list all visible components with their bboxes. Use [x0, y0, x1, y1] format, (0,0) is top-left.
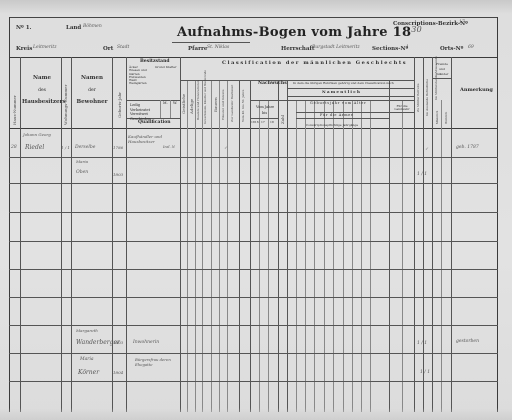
row10-geburtsjahr: 1803 [113, 341, 123, 345]
row10-anmerkung: gestorben [456, 340, 479, 345]
col-nachwuchs: Nachwuchs [258, 82, 287, 87]
col-line [195, 80, 196, 412]
row-line [9, 297, 498, 298]
herrschaft-value: Burgstadt Leitmeritz [312, 46, 360, 51]
conscription-value: 17 [459, 21, 465, 26]
stand-line [160, 100, 161, 118]
row-line [9, 157, 498, 158]
classification-title: Classification der männlichen Geschlecht… [222, 61, 407, 66]
header-bottom-line [9, 128, 498, 129]
col-line [211, 80, 212, 412]
sections-value: 1 [406, 46, 409, 51]
col-line [287, 80, 288, 412]
col-namentlich: Namentlich [322, 90, 361, 94]
ort-value: Stadt [117, 46, 129, 51]
vh-bauern: Bauern [213, 97, 218, 112]
col-line [314, 100, 315, 412]
header-hline [250, 118, 278, 119]
row1-besitzer-vorname: Johann Georg [23, 133, 51, 137]
vh-maennlich: Männlich [435, 111, 439, 124]
table-top-line [9, 57, 498, 58]
year-1816: 1816 [251, 121, 259, 124]
vh-beamte: Beamte und Honoratioren [196, 80, 200, 120]
col-line [126, 57, 127, 412]
col-line [389, 80, 390, 412]
land-label: Land [66, 26, 81, 32]
row-line [9, 183, 498, 184]
col-fremde: Fremde und Inländer [434, 62, 450, 77]
row1-mark: ✓ [425, 147, 428, 151]
vh-haeusler: Häusler und Inleute [221, 89, 225, 120]
row11-bewohner-vorname: Maria [80, 358, 94, 363]
pfarre-label: Pfarre [188, 47, 207, 53]
col-geburtsjahr-vom: Geburtsjahr vom Alter [310, 102, 367, 106]
col-line [402, 100, 403, 412]
col-conskriptionspflichtige: Conskriptionspflichtige Jahrgänge [306, 124, 358, 127]
col-line [432, 57, 433, 412]
col-name-1: Name [28, 76, 56, 82]
stand-rows: Ledig Verheiratet Verwitwet Geschieden [130, 103, 151, 121]
col-line [268, 100, 269, 412]
col-line [20, 57, 21, 412]
orts-value: 69 [468, 46, 474, 51]
vh-gewerbsleute: Gewerbsleute, Künstler und Studierende [204, 70, 207, 124]
col-line [370, 100, 371, 412]
vh-adelige: Adelige [189, 99, 194, 114]
pfarre-value: St. Niklas [207, 46, 229, 51]
row11-bewohner: Körner [78, 370, 99, 376]
ort-label: Ort [103, 47, 113, 53]
col-line [239, 80, 240, 412]
vh-geistliche: Geistliche [181, 94, 186, 114]
row-line [9, 325, 498, 326]
vh-zahl: Zahl [280, 115, 285, 124]
row11-marks: 1 / 1 [420, 371, 430, 376]
col-line [305, 100, 306, 412]
vh-weiblich: Weiblich [444, 112, 448, 124]
row1-check: ✓ [224, 146, 227, 150]
col-line [414, 57, 415, 412]
row1-besitzer-name: Riedel [25, 145, 44, 151]
kreis-value: Leitmeritz [33, 46, 57, 51]
vh-landwehr: Zur Landwehr Bestimmt [230, 85, 234, 122]
col-wohnungs-nummer: Wohnungs-Nummer [63, 85, 68, 125]
besitzstand-rows: Äcker Wiesen und Gärten Hutweiden Wald W… [129, 66, 151, 86]
besitzstand-sub-klafter: Klafter [166, 66, 177, 69]
col-line [333, 100, 334, 412]
col-line [227, 80, 228, 412]
col-name-2: des [28, 89, 56, 94]
vh-40-50: Vom 40. bis 50. Jahre [241, 90, 245, 122]
row1-qualification: Kaufhändler und Hausbesitzer [128, 134, 178, 144]
row2-bewohner: Oben [76, 171, 88, 176]
row2-geburtsjahr: 1803 [113, 173, 123, 177]
col-line [361, 100, 362, 412]
row10-bewohner-vorname: Margareth [76, 329, 98, 333]
col-line [112, 57, 113, 412]
col-name-3: Hausbesitzers [22, 100, 60, 106]
col-line [250, 80, 251, 412]
row10-qualification: Inwohnerin [133, 341, 159, 346]
stand-line [170, 100, 171, 118]
col-fuer-landwehr: Für die Landwehr [392, 105, 412, 111]
col-line [451, 57, 452, 412]
sections-label: Sections-Nº [372, 47, 408, 53]
col-qualification: Qualification [138, 121, 171, 126]
form-number: Nº 1. [16, 26, 31, 32]
title-text: Aufnahms-Bogen vom Jahre 18 [177, 25, 411, 40]
col-namen-2: der [73, 89, 111, 94]
stand-sub-w: W. [173, 102, 177, 106]
stand-row: Verwitwet [130, 112, 151, 117]
row-line [9, 353, 498, 354]
header-hline [296, 112, 414, 113]
col-anmerkung: Anmerkung [460, 88, 493, 93]
title-underline [172, 42, 250, 43]
col-line [71, 57, 72, 412]
col-line [187, 80, 188, 412]
year-18: 18 [270, 121, 274, 124]
col-namen-3: Bewohner [73, 100, 111, 106]
year-17: 17 [261, 121, 265, 124]
row1-geburtsjahr: 1786 [113, 146, 123, 150]
row1-qualification-tail: Insl. N [163, 146, 175, 150]
vh-befreite: Zu Militär Befreite [416, 83, 420, 112]
row-line [9, 241, 498, 242]
header-hline [296, 118, 389, 119]
col-line [219, 80, 220, 412]
col-line [278, 80, 279, 412]
row10-marks: 1 / 1 [417, 342, 427, 347]
row2-bewohner-vorname: Maria [76, 160, 88, 164]
col-haus-nummer: Haus-Nummer [12, 95, 17, 125]
col-vom-jahre: Vom Jahre [256, 106, 274, 110]
col-line [352, 100, 353, 412]
row-line [9, 381, 498, 382]
stand-sub-m: M. [163, 102, 168, 106]
col-fuer-armee: Für die Armee [320, 114, 353, 118]
header-hline [287, 96, 414, 97]
frame-top [9, 17, 498, 18]
row1-bewohner: Derselbe [75, 146, 95, 151]
col-line [324, 100, 325, 412]
row11-qualification: Bürgersfrau deren Ehegatte [135, 357, 175, 367]
row1-haus-nr: 28 [11, 146, 17, 151]
row-line [9, 269, 498, 270]
form-title: Aufnahms-Bogen vom Jahre 1830 [177, 26, 422, 39]
note-line: In dem die übrigen Rubriken gehörig und … [293, 82, 394, 85]
herrschaft-label: Herrschaft [281, 47, 314, 53]
land-value: Böhmen [83, 25, 102, 30]
header-hline [126, 100, 180, 101]
orts-label: Orts-Nº [440, 47, 463, 53]
col-namen-1: Namen [73, 76, 111, 82]
col-geburts-jahr: Geburts-Jahr [117, 92, 122, 118]
row2-marks: 1 / 1 [417, 173, 427, 178]
vh-ausland: Im Auslande Befindliche [425, 79, 429, 116]
fremde-3: Inländer [434, 72, 450, 77]
census-sheet: Nº 1. Land Böhmen Aufnahms-Bogen vom Jah… [0, 0, 512, 420]
besitzstand-title: Besitzstand [140, 60, 170, 65]
col-line [61, 57, 62, 412]
row1-anmerkung: geb. 1787 [456, 146, 479, 151]
kreis-label: Kreis [16, 47, 32, 53]
col-line [202, 80, 203, 412]
besitzstand-row: Weingärten [129, 82, 151, 85]
col-line [441, 100, 442, 412]
conscription-label: Conscriptions-Bezirk-Nº [393, 22, 468, 28]
col-line [259, 100, 260, 412]
row11-geburtsjahr: 1804 [113, 371, 123, 375]
row1-wohnung: 1 / 1 [61, 146, 70, 150]
row-line [9, 212, 498, 213]
col-line [343, 100, 344, 412]
col-line [296, 100, 297, 412]
col-bis: bis [262, 112, 267, 116]
besitzstand-sub-joch: Grund [155, 66, 165, 69]
col-line [423, 57, 424, 412]
page-edge [0, 408, 512, 420]
